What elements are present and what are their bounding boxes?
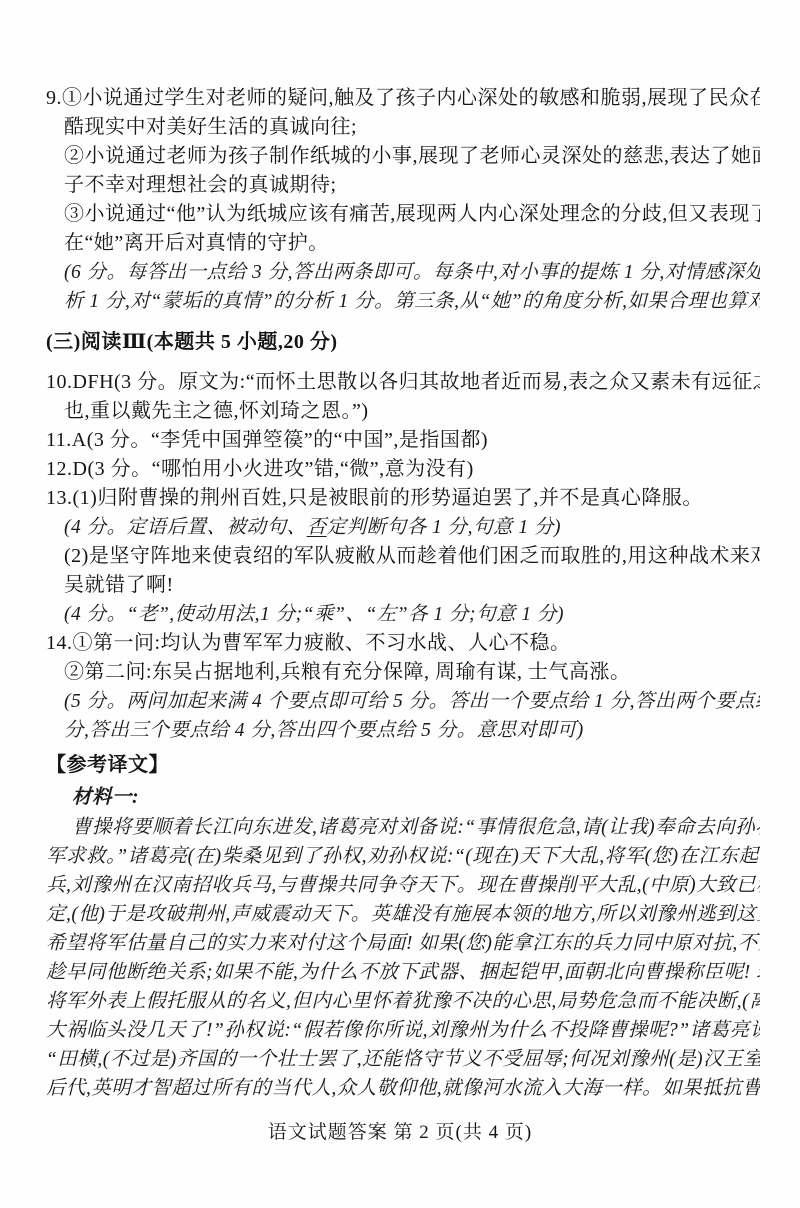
q14-answer-line-1: 14.①第一问:均认为曹军军力疲敝、不习水战、人心不稳。 — [46, 629, 760, 658]
translation-line-2: 军求救。”诸葛亮(在)柴桑见到了孙权,劝孙权说:“(现在)天下大乱,将军(您)在… — [46, 842, 760, 871]
q9-answer-line-6: 在“她”离开后对真情的守护。 — [64, 229, 760, 258]
translation-line-6: 趁早同他断绝关系;如果不能,为什么不放下武器、捆起铠甲,面朝北向曹操称臣呢! 现… — [46, 958, 760, 987]
translation-line-5: 希望将军估量自己的实力来对付这个局面! 如果(您)能拿江东的兵力同中原对抗,不如 — [46, 929, 760, 958]
q13-answer-1-scoring-note: (4 分。定语后置、被动句、否定判断句各 1 分,句意 1 分) — [64, 513, 760, 542]
material-1-label: 材料一: — [72, 783, 760, 812]
q14-scoring-note-line-1: (5 分。两问加起来满 4 个要点即可给 5 分。答出一个要点给 1 分,答出两… — [64, 687, 760, 716]
translation-line-1: 曹操将要顺着长江向东进发,诸葛亮对刘备说:“事情很危急,请(让我)奉命去向孙将 — [72, 813, 760, 842]
q10-answer-line-1: 10.DFH(3 分。原文为:“而怀土思散以各归其故地者近而易,表之众又素未有远… — [46, 368, 760, 397]
q10-answer-line-2: 也,重以戴先主之德,怀刘琦之恩。”) — [64, 397, 760, 426]
q13-answer-2-line-2: 吴就错了啊! — [64, 571, 760, 600]
translation-line-8: 大祸临头没几天了!”孙权说:“假若像你所说,刘豫州为什么不投降曹操呢?”诸葛亮说… — [46, 1016, 760, 1045]
reference-translation-header: 【参考译文】 — [46, 751, 760, 780]
translation-line-4: 定,(他)于是攻破荆州,声威震动天下。英雄没有施展本领的地方,所以刘豫州逃到这里… — [46, 900, 760, 929]
q9-answer-line-1: 9.①小说通过学生对老师的疑问,触及了孩子内心深处的敏感和脆弱,展现了民众在残 — [46, 84, 760, 113]
answer-sheet-page: 9.①小说通过学生对老师的疑问,触及了孩子内心深处的敏感和脆弱,展现了民众在残 … — [0, 0, 800, 1208]
q9-scoring-note-line-1: (6 分。每答出一点给 3 分,答出两条即可。每条中,对小事的提炼 1 分,对情… — [64, 258, 760, 287]
q12-answer-line: 12.D(3 分。“哪怕用小火进攻”错,“微”,意为没有) — [46, 455, 760, 484]
q13-note-post: 定判断句各 1 分,句意 1 分) — [327, 517, 561, 538]
q9-answer-line-4: 子不幸对理想社会的真诚期待; — [64, 171, 760, 200]
answer-text-column: 9.①小说通过学生对老师的疑问,触及了孩子内心深处的敏感和脆弱,展现了民众在残 … — [46, 84, 760, 1103]
q13-answer-2-scoring-note: (4 分。“老”,使动用法,1 分;“乘”、“左”各 1 分;句意 1 分) — [64, 600, 760, 629]
q14-scoring-note-line-2: 分,答出三个要点给 4 分,答出四个要点给 5 分。意思对即可) — [64, 716, 760, 745]
q13-answer-2-line-1: (2)是坚守阵地来使袁绍的军队疲敝从而趁着他们困乏而取胜的,用这种战术来对付东 — [64, 542, 760, 571]
q13-answer-1-line: 13.(1)归附曹操的荆州百姓,只是被眼前的形势逼迫罢了,并不是真心降服。 — [46, 484, 760, 513]
q14-answer-line-2: ②第二问:东吴占据地利,兵粮有充分保障, 周瑜有谋, 士气高涨。 — [64, 658, 760, 687]
q9-scoring-note-line-2: 析 1 分,对“蒙垢的真情”的分析 1 分。第三条,从“她”的角度分析,如果合理… — [64, 287, 760, 316]
q9-answer-line-2: 酷现实中对美好生活的真诚向往; — [64, 113, 760, 142]
q13-note-pre: (4 分。定语后置、被动句、 — [64, 517, 307, 538]
q13-note-underlined-char: 否 — [307, 517, 327, 538]
translation-line-9: “田横,(不过是)齐国的一个壮士罢了,还能恪守节义不受屈辱;何况刘豫州(是)汉王… — [46, 1045, 760, 1074]
q9-answer-line-3: ②小说通过老师为孩子制作纸城的小事,展现了老师心灵深处的慈悲,表达了她面对孩 — [64, 142, 760, 171]
q11-answer-line: 11.A(3 分。“李凭中国弹箜篌”的“中国”,是指国都) — [46, 426, 760, 455]
q9-answer-line-5: ③小说通过“他”认为纸城应该有痛苦,展现两人内心深处理念的分歧,但又表现了“他” — [64, 200, 760, 229]
translation-line-10: 后代,英明才智超过所有的当代人,众人敬仰他,就像河水流入大海一样。如果抵抗曹操的 — [46, 1074, 760, 1103]
page-footer: 语文试题答案 第 2 页(共 4 页) — [0, 1120, 800, 1146]
translation-line-3: 兵,刘豫州在汉南招收兵马,与曹操共同争夺天下。现在曹操削平大乱,(中原)大致已稳 — [46, 871, 760, 900]
translation-line-7: 将军外表上假托服从的名义,但内心里怀着犹豫不决的心思,局势危急而不能决断,(离) — [46, 987, 760, 1016]
section-3-header: (三)阅读Ⅲ(本题共 5 小题,20 分) — [46, 328, 760, 357]
